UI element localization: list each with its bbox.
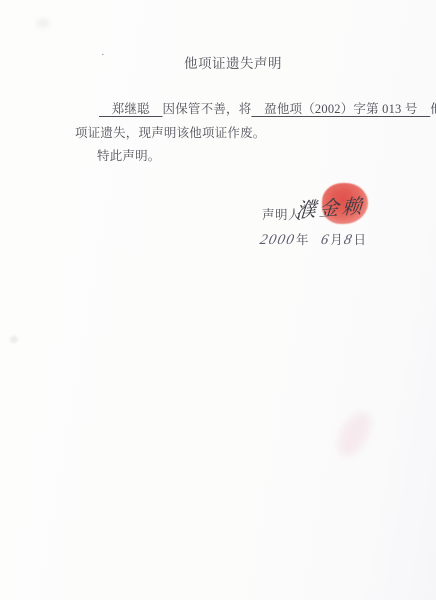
declaration-line-2: 项证遗失，现声明该他项证作废。	[75, 123, 266, 141]
scanned-document-page: · 他项证遗失声明 郑继聪 因保管不善，将 盈他项（2002）字第 013 号 …	[0, 0, 436, 600]
certificate-number-underlined: 盈他项（2002）字第 013 号	[251, 102, 430, 116]
document-title: 他项证遗失声明	[184, 52, 282, 72]
declarant-name-underlined: 郑继聪	[99, 102, 163, 116]
stray-ink-dot: ·	[101, 49, 105, 61]
scan-smudge-gray	[36, 18, 50, 28]
scan-speck	[10, 336, 18, 343]
handwritten-signature: 濮金赖	[295, 189, 366, 223]
handwritten-year: 2000	[258, 232, 297, 249]
declaration-text-mid: 因保管不善，将	[163, 102, 252, 116]
year-label: 年	[296, 233, 309, 247]
declaration-line-1: 郑继聪 因保管不善，将 盈他项（2002）字第 013 号 他	[99, 99, 436, 117]
handwritten-day: 8	[342, 232, 354, 249]
closing-statement: 特此声明。	[97, 146, 161, 164]
month-label: 月	[330, 233, 343, 247]
declaration-text-tail: 他	[430, 102, 436, 116]
day-label: 日	[354, 233, 367, 247]
scan-smudge-pink	[332, 407, 375, 461]
date-line: 2000年6月8日	[260, 230, 367, 249]
